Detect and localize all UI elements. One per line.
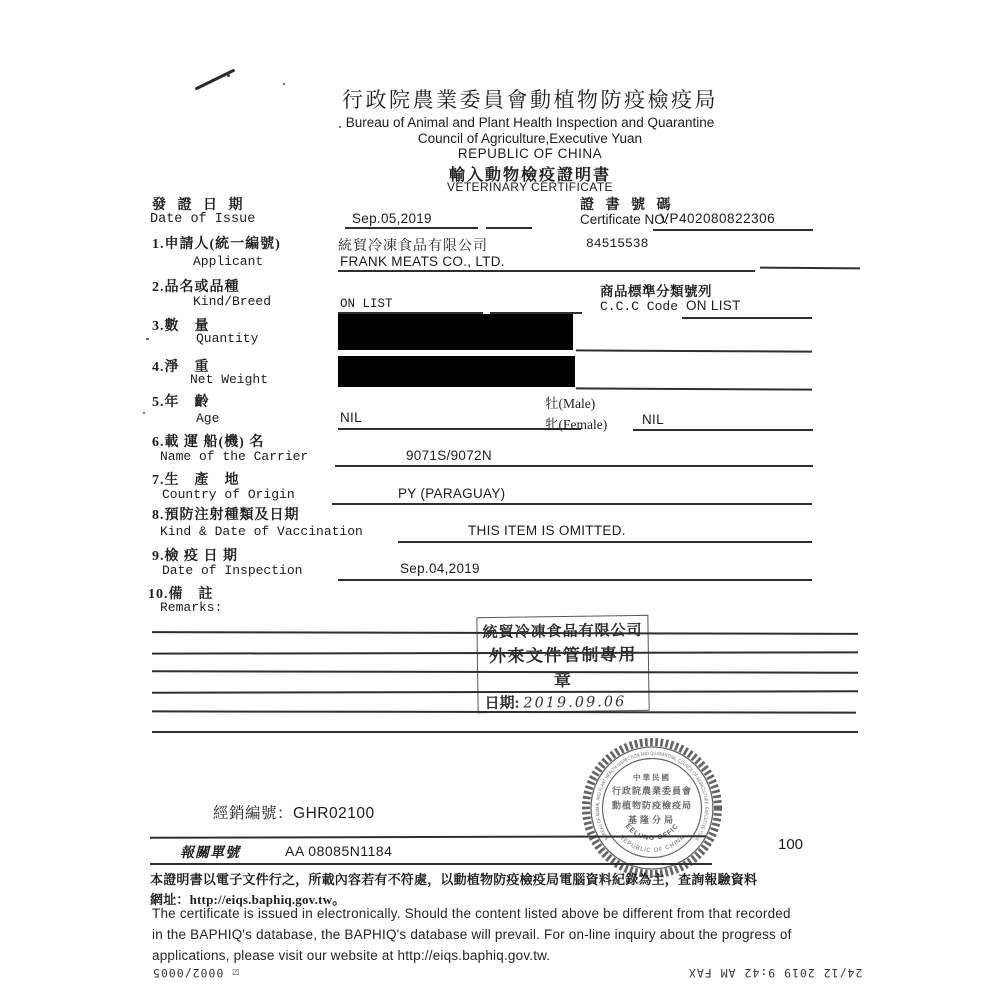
svg-text:BUREAU OF ANIMAL AND PLANT HEA: BUREAU OF ANIMAL AND PLANT HEALTH INSPEC… — [595, 751, 709, 842]
customs-number-label: 報關單號 — [180, 842, 240, 862]
company-stamp-date-label: 日期: — [484, 696, 519, 712]
field-applicant-label-en: Applicant — [193, 254, 263, 269]
rule-line — [633, 429, 813, 431]
female-label: 牝(Female) — [545, 413, 607, 433]
age-female-value: NIL — [642, 412, 664, 427]
scan-speck — [143, 412, 145, 414]
field-vaccination-label-en: Kind & Date of Vaccination — [160, 524, 363, 539]
doc-title-en: VETERINARY CERTIFICATE — [170, 180, 890, 194]
cert-no-label-en: Certificate NO. — [580, 212, 669, 227]
kind-value: ON LIST — [340, 297, 393, 311]
field-carrier-label-zh: 6.載 運 船(機) 名 — [152, 431, 264, 451]
applicant-uniform-no: 84515538 — [586, 236, 648, 251]
country-line: REPUBLIC OF CHINA — [170, 146, 890, 161]
rule-line — [576, 387, 812, 390]
field-age-label-en: Age — [196, 411, 219, 426]
company-stamp-line2: 外來文件管制專用章 — [482, 640, 645, 692]
seal-line2: 行政院農業委員會 — [612, 785, 692, 796]
rule-line — [345, 227, 478, 229]
male-label: 牡(Male) — [545, 392, 595, 412]
rule-line — [338, 579, 812, 581]
rule-line — [332, 503, 812, 505]
rule-line — [486, 227, 532, 229]
field-remarks-label-en: Remarks: — [160, 600, 222, 615]
rule-line — [653, 229, 813, 231]
notice-en-line3: applications, please visit our website a… — [152, 948, 550, 963]
customs-number-value: AA 08085N1184 — [285, 843, 392, 859]
issue-date-label-en: Date of Issue — [150, 212, 255, 227]
issue-date-label-zh: 發 證 日 期 — [152, 194, 247, 214]
scan-speck — [227, 74, 230, 77]
field-applicant-label-zh: 1.申請人(統一編號) — [152, 233, 281, 253]
age-value: NIL — [340, 410, 362, 425]
rule-line — [338, 270, 755, 272]
seal-line3: 動植物防疫檢疫局 — [612, 800, 692, 811]
carrier-value: 9071S/9072N — [406, 448, 492, 463]
dealer-number-row: 經銷編號：GHR02100 — [213, 801, 375, 823]
rule-line — [760, 267, 860, 270]
rule-line — [576, 349, 812, 352]
rule-line — [335, 465, 813, 467]
fax-check-icon: ☑ — [231, 966, 239, 980]
ccc-value: ON LIST — [686, 298, 741, 313]
page-number: 100 — [778, 836, 803, 853]
cert-no-value: VP402080822306 — [660, 211, 775, 226]
redaction-box-netweight — [338, 356, 575, 387]
ccc-label-zh: 商品標準分類號列 — [600, 280, 712, 300]
applicant-company-zh: 統貿冷凍食品有限公司 — [338, 235, 488, 255]
seal-ring-text: BUREAU OF ANIMAL AND PLANT HEALTH INSPEC… — [595, 751, 709, 842]
rule-line — [682, 317, 812, 319]
notice-en-line2: in the BAPHIQ's database, the BAPHIQ's d… — [152, 927, 792, 942]
fax-timestamp: 24/12 2019 9:42 AM FAX — [688, 964, 862, 982]
inspection-value: Sep.04,2019 — [400, 561, 480, 576]
field-inspection-label-zh: 9.檢 疫 日 期 — [152, 545, 238, 565]
applicant-company-en: FRANK MEATS CO., LTD. — [340, 254, 505, 269]
official-seal: BUREAU OF ANIMAL AND PLANT HEALTH INSPEC… — [577, 733, 727, 883]
company-stamp-date-value: 2019.09.06 — [523, 694, 626, 711]
field-origin-label-zh: 7.生 產 地 — [152, 469, 240, 489]
dealer-number-value: GHR02100 — [293, 805, 375, 822]
field-age-label-zh: 5.年 齡 — [152, 391, 210, 411]
fax-timestamp-value: 24/12 2019 9:42 AM FAX — [688, 966, 862, 980]
rule-line — [398, 541, 812, 543]
scanned-veterinary-certificate: 行政院農業委員會動植物防疫檢疫局 Bureau of Animal and Pl… — [0, 0, 1000, 1000]
field-inspection-label-en: Date of Inspection — [162, 563, 302, 578]
seal-line1: 中華民國 — [633, 772, 671, 782]
vaccination-value: THIS ITEM IS OMITTED. — [468, 523, 626, 538]
company-control-stamp: 統貿冷凍食品有限公司 外來文件管制專用章 日期: 2019.09.06 — [476, 615, 649, 713]
ccc-label-en: C.C.C Code — [600, 299, 678, 314]
issue-date-value: Sep.05,2019 — [352, 211, 432, 226]
origin-value: PY (PARAGUAY) — [398, 486, 505, 501]
field-kind-label-zh: 2.品名或品種 — [152, 276, 240, 296]
council-line: Council of Agriculture,Executive Yuan — [170, 131, 890, 146]
fax-page-value: 0002/0005 — [152, 966, 223, 980]
redaction-box-quantity — [338, 314, 573, 350]
dealer-number-label: 經銷編號： — [213, 805, 293, 822]
notice-zh-line1: 本證明書以電子文件行之，所載內容若有不符處，以動植物防疫檢疫局電腦資料紀錄為主，… — [150, 869, 757, 888]
field-vaccination-label-zh: 8.預防注射種類及日期 — [152, 504, 300, 524]
footer-line — [150, 863, 712, 865]
agency-title-en: Bureau of Animal and Plant Health Inspec… — [170, 115, 890, 130]
remarks-line — [152, 731, 858, 733]
field-origin-label-en: Country of Origin — [162, 487, 295, 502]
company-stamp-line1: 統貿冷凍食品有限公司 — [481, 619, 643, 642]
fax-page-counter: ☑ 0002/0005 — [152, 964, 239, 982]
agency-title-zh: 行政院農業委員會動植物防疫檢疫局 — [170, 84, 890, 114]
field-netweight-label-en: Net Weight — [190, 372, 268, 387]
seal-line4: 基隆分局 — [628, 814, 676, 825]
field-carrier-label-en: Name of the Carrier — [160, 449, 308, 464]
field-kind-label-en: Kind/Breed — [193, 294, 271, 309]
scan-speck — [146, 338, 149, 340]
field-quantity-label-en: Quantity — [196, 331, 258, 346]
notice-en-line1: The certificate is issued in electronica… — [152, 906, 791, 921]
company-stamp-date-row: 日期: 2019.09.06 — [482, 690, 644, 713]
